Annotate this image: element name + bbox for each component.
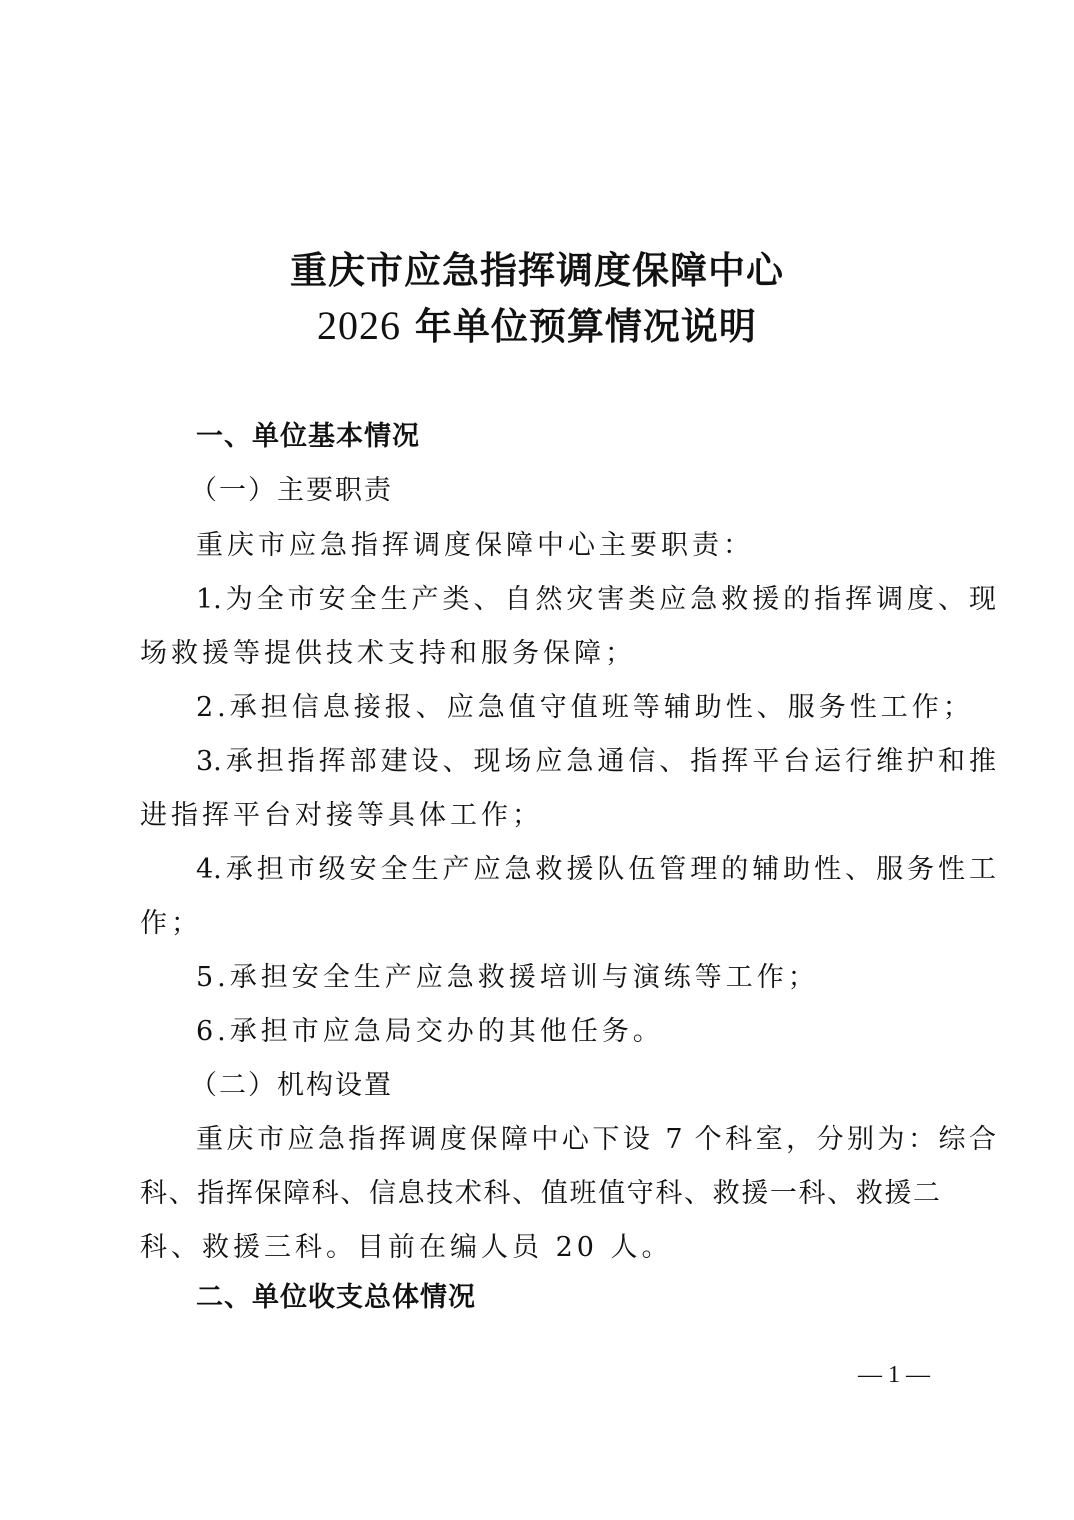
section-heading-basic-info: 一、单位基本情况 bbox=[140, 423, 996, 450]
duty-item-5: 5.承担安全生产应急救援培训与演练等工作； bbox=[140, 964, 996, 991]
duty-item-1-line-2: 场救援等提供技术支持和服务保障； bbox=[140, 640, 940, 667]
duty-item-1-line-1: 1.为全市安全生产类、自然灾害类应急救援的指挥调度、现 bbox=[140, 586, 996, 613]
duty-item-3-line-2: 进指挥平台对接等具体工作； bbox=[140, 802, 940, 829]
duty-item-2: 2.承担信息接报、应急值守值班等辅助性、服务性工作； bbox=[140, 694, 996, 721]
title-text: 年单位预算情况说明 bbox=[401, 305, 757, 348]
subsection-heading-organization: （二）机构设置 bbox=[140, 1072, 990, 1099]
document-title-line-1: 重庆市应急指挥调度保障中心 bbox=[0, 252, 1074, 289]
duty-item-3-line-1: 3.承担指挥部建设、现场应急通信、指挥平台运行维护和推 bbox=[140, 748, 996, 775]
organization-para-line-2: 科、指挥保障科、信息技术科、值班值守科、救援一科、救援二 bbox=[140, 1180, 940, 1207]
document-page: 重庆市应急指挥调度保障中心 2026 年单位预算情况说明 一、单位基本情况 （一… bbox=[0, 0, 1074, 1520]
duty-item-4-line-2: 作； bbox=[140, 910, 940, 937]
organization-para-line-3: 科、救援三科。目前在编人员 20 人。 bbox=[140, 1234, 940, 1261]
duties-intro: 重庆市应急指挥调度保障中心主要职责： bbox=[140, 532, 996, 559]
page-number: — 1 — bbox=[858, 1363, 930, 1387]
organization-para-line-1: 重庆市应急指挥调度保障中心下设 7 个科室，分别为：综合 bbox=[140, 1126, 996, 1153]
duty-item-6: 6.承担市应急局交办的其他任务。 bbox=[140, 1018, 996, 1045]
section-heading-revenue-expenditure: 二、单位收支总体情况 bbox=[140, 1284, 996, 1311]
subsection-heading-main-duties: （一）主要职责 bbox=[140, 477, 990, 504]
title-year: 2026 bbox=[317, 303, 401, 348]
duty-item-4-line-1: 4.承担市级安全生产应急救援队伍管理的辅助性、服务性工 bbox=[140, 856, 996, 883]
document-title-line-2: 2026 年单位预算情况说明 bbox=[0, 306, 1074, 346]
